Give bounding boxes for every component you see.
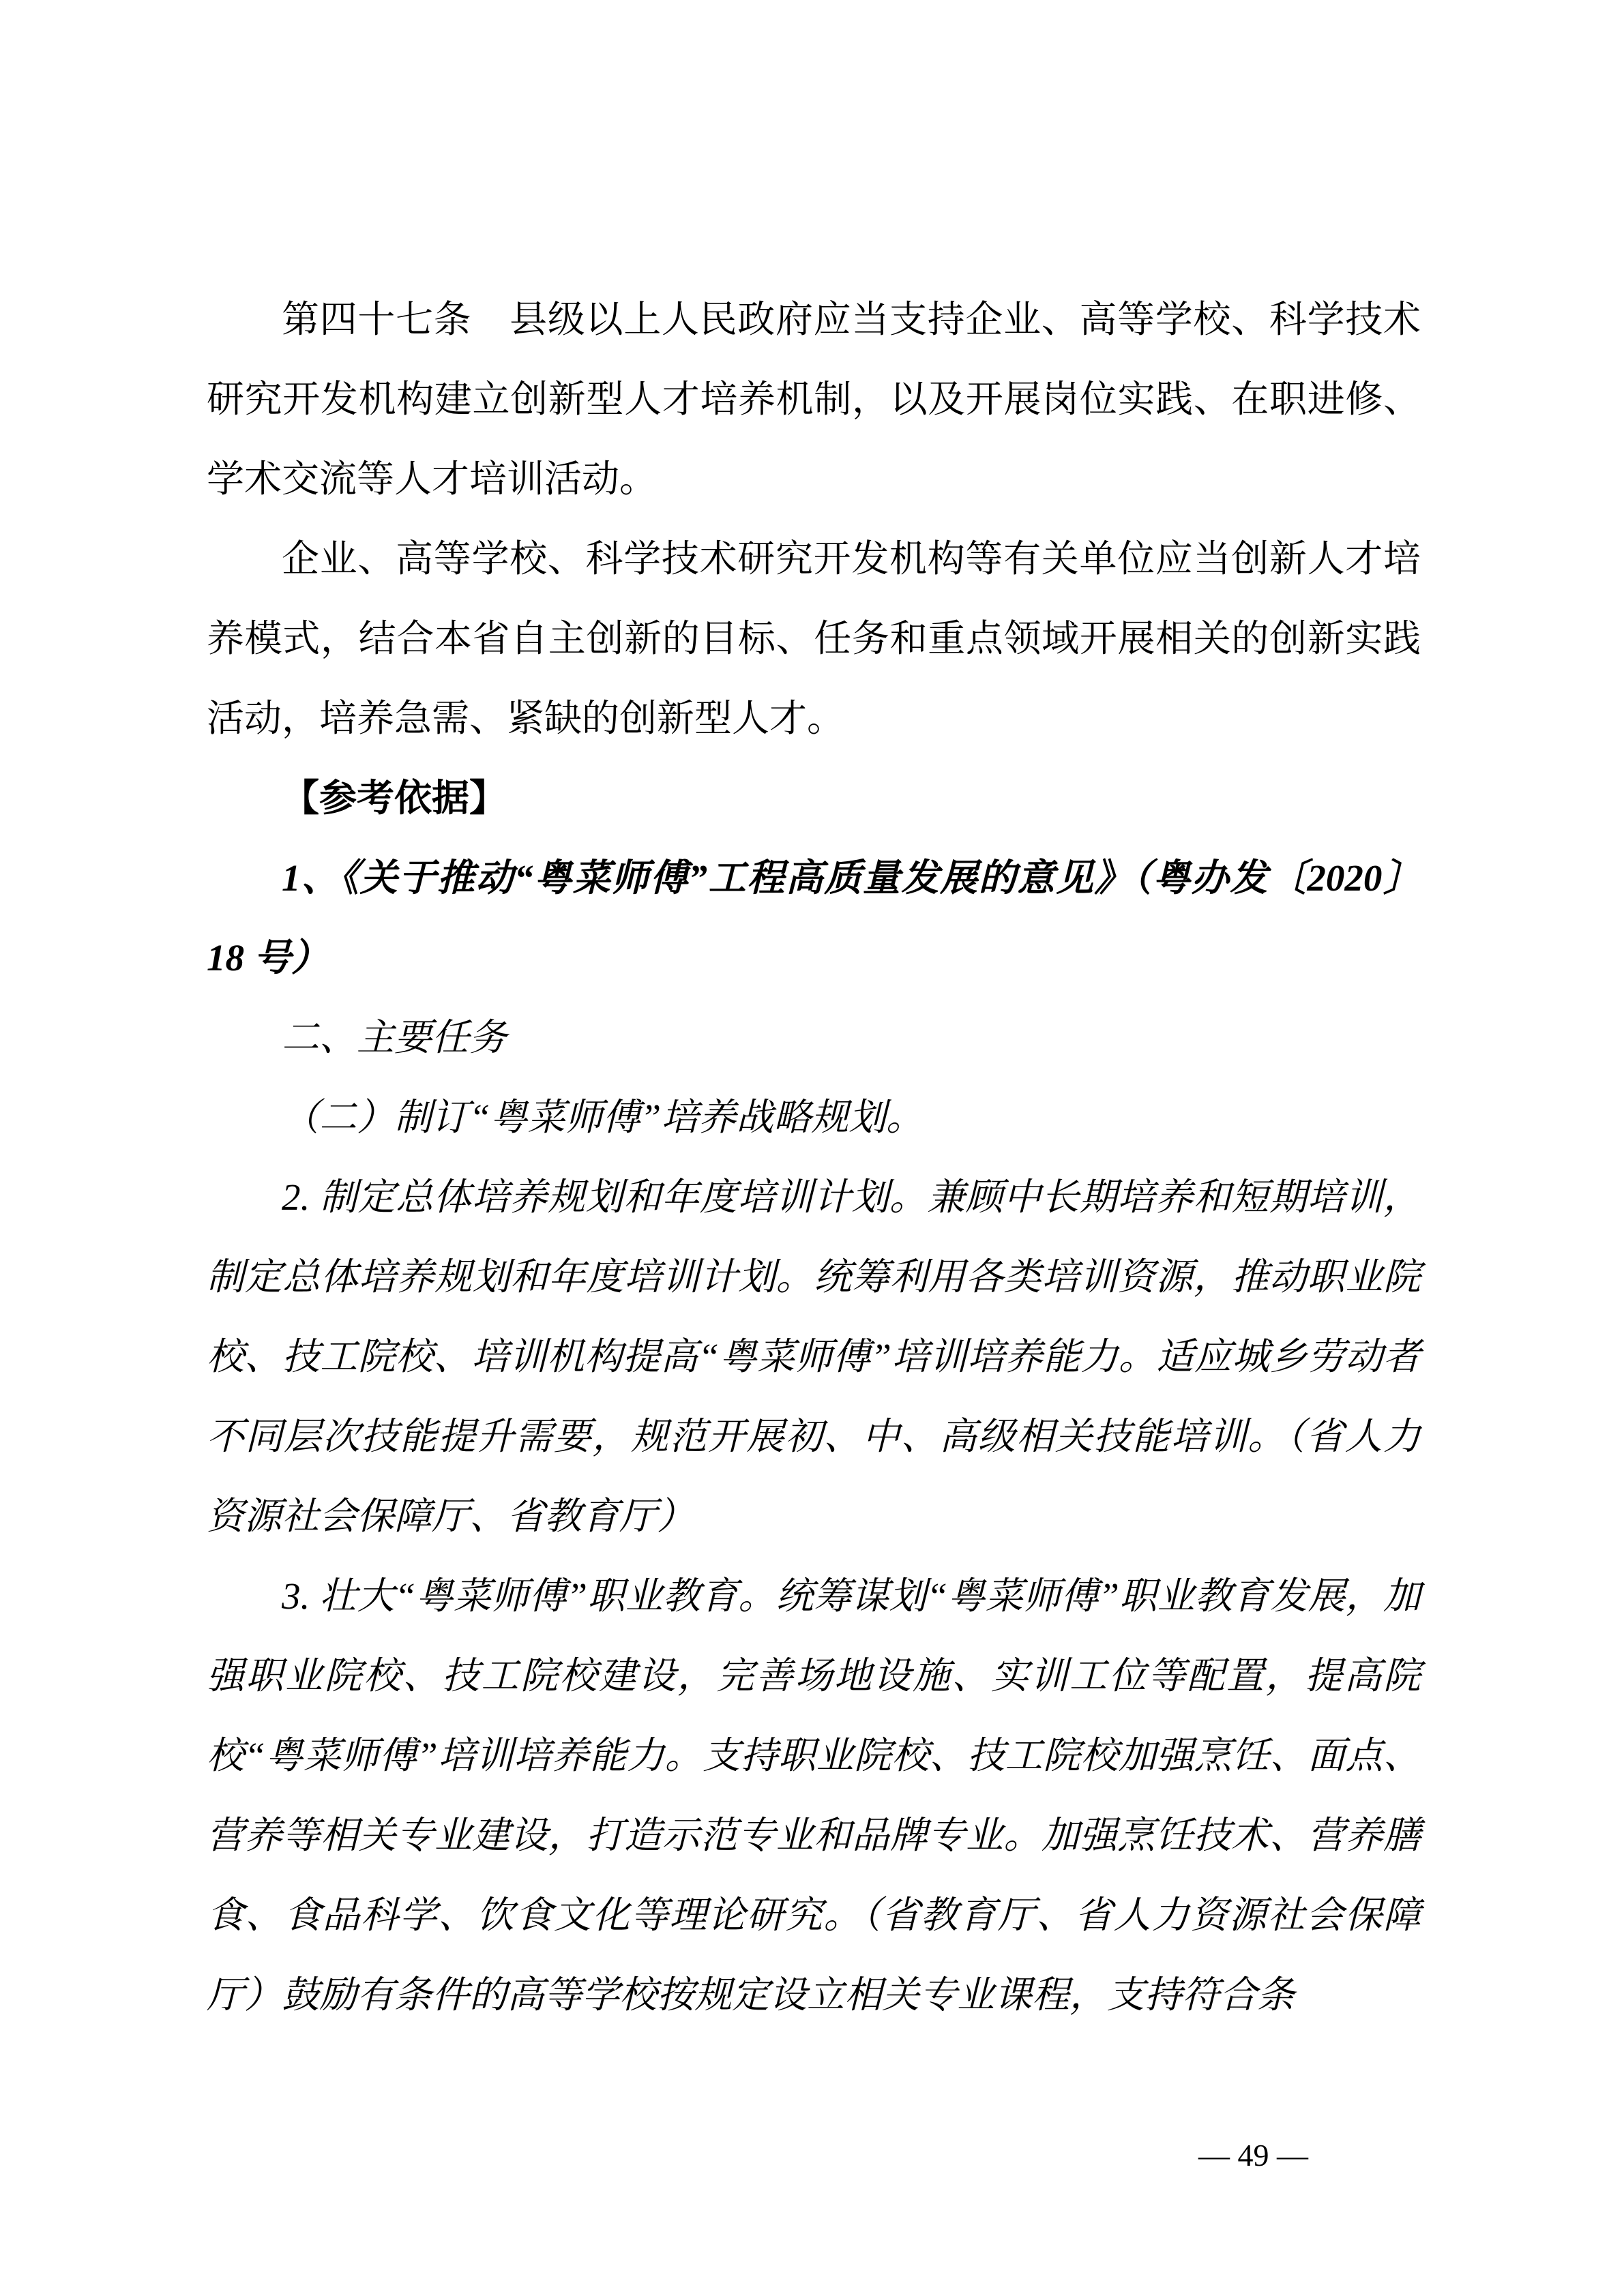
document-content: 第四十七条 县级以上人民政府应当支持企业、高等学校、科学技术研究开发机构建立创新… (207, 280, 1421, 2035)
reference-item-1-subsection-label: （二）制订“粤菜师傅”培养战略规划。 (207, 1077, 1421, 1157)
page-number: — 49 — (0, 2138, 1308, 2173)
article-47-paragraph-1: 第四十七条 县级以上人民政府应当支持企业、高等学校、科学技术研究开发机构建立创新… (207, 280, 1421, 519)
document-page: 第四十七条 县级以上人民政府应当支持企业、高等学校、科学技术研究开发机构建立创新… (0, 0, 1624, 2296)
article-47-paragraph-2: 企业、高等学校、科学技术研究开发机构等有关单位应当创新人才培养模式，结合本省自主… (207, 519, 1421, 758)
reference-item-1-title: 1、《关于推动“粤菜师傅”工程高质量发展的意见》（粤办发〔2020〕18 号） (207, 838, 1421, 998)
reference-basis-heading: 【参考依据】 (207, 758, 1421, 838)
reference-item-1-task-2: 2. 制定总体培养规划和年度培训计划。兼顾中长期培养和短期培训，制定总体培养规划… (207, 1157, 1421, 1556)
reference-item-1-task-3: 3. 壮大“粤菜师傅”职业教育。统筹谋划“粤菜师傅”职业教育发展，加强职业院校、… (207, 1556, 1421, 2035)
reference-item-1-section-label: 二、主要任务 (207, 998, 1421, 1077)
